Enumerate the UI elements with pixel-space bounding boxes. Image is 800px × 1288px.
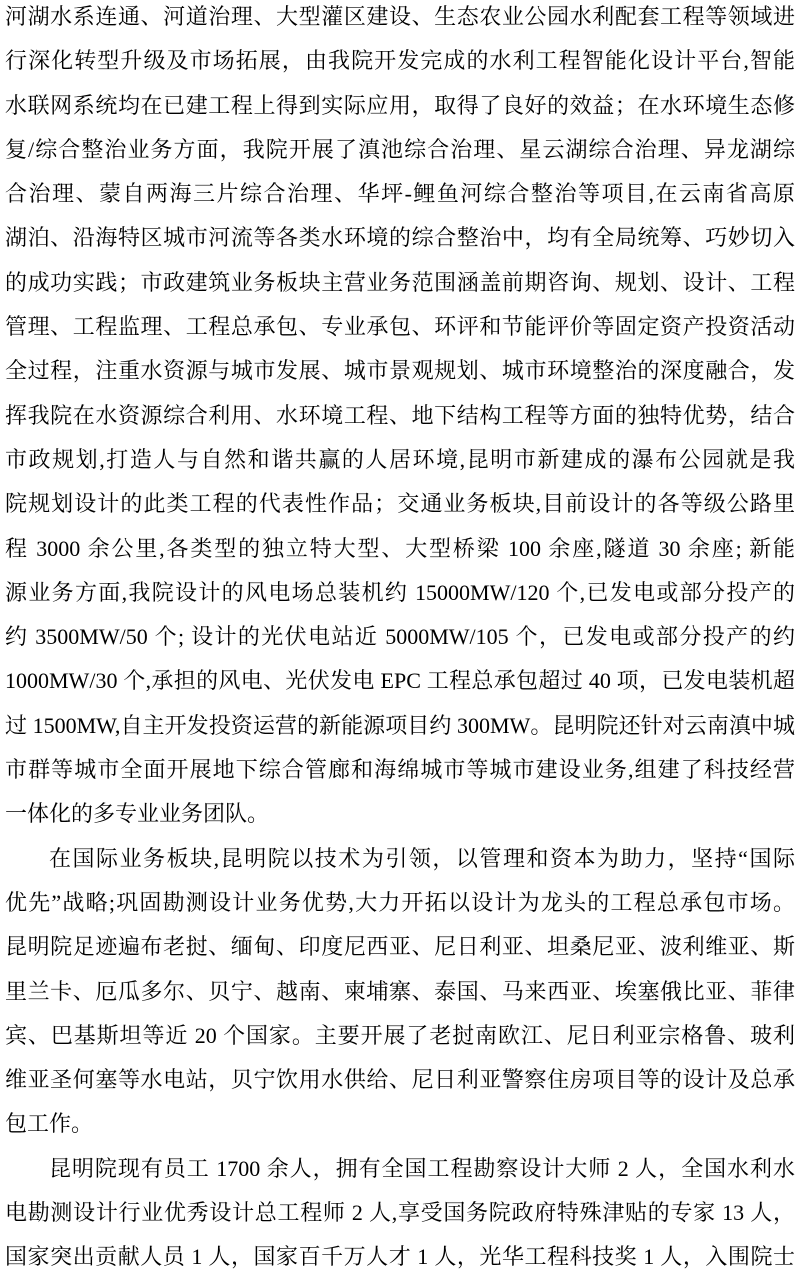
text-line: 过 1500MW,自主开发投资运营的新能源项目约 300MW。昆明院还针对云南滇… bbox=[5, 704, 795, 748]
text-line: 昆明院足迹遍布老挝、缅甸、印度尼西亚、尼日利亚、坦桑尼亚、波利维亚、斯 bbox=[5, 925, 795, 969]
text-line: 湖泊、沿海特区城市河流等各类水环境的综合整治中，均有全局统筹、巧妙切入 bbox=[5, 216, 795, 260]
text-line: 里兰卡、厄瓜多尔、贝宁、越南、柬埔寨、泰国、马来西亚、埃塞俄比亚、菲律 bbox=[5, 970, 795, 1014]
text-line: 挥我院在水资源综合利用、水环境工程、地下结构工程等方面的独特优势，结合 bbox=[5, 394, 795, 438]
text-line: 电勘测设计行业优秀设计总工程师 2 人,享受国务院政府特殊津贴的专家 13 人， bbox=[5, 1191, 795, 1235]
document-text: 河湖水系连通、河道治理、大型灌区建设、生态农业公园水利配套工程等领域进行深化转型… bbox=[5, 0, 795, 1280]
text-line: 河湖水系连通、河道治理、大型灌区建设、生态农业公园水利配套工程等领域进 bbox=[5, 0, 795, 39]
text-line: 1000MW/30 个,承担的风电、光伏发电 EPC 工程总承包超过 40 项，… bbox=[5, 659, 795, 703]
text-line: 合治理、蒙自两海三片综合治理、华坪-鲤鱼河综合整治等项目,在云南省高原 bbox=[5, 172, 795, 216]
text-line: 水联网系统均在已建工程上得到实际应用，取得了良好的效益；在水环境生态修 bbox=[5, 84, 795, 128]
text-line: 宾、巴基斯坦等近 20 个国家。主要开展了老挝南欧江、尼日利亚宗格鲁、玻利 bbox=[5, 1014, 795, 1058]
text-line: 的成功实践；市政建筑业务板块主营业务范围涵盖前期咨询、规划、设计、工程 bbox=[5, 261, 795, 305]
text-line: 复/综合整治业务方面，我院开展了滇池综合治理、星云湖综合治理、异龙湖综 bbox=[5, 128, 795, 172]
text-line: 行深化转型升级及市场拓展，由我院开发完成的水利工程智能化设计平台,智能 bbox=[5, 39, 795, 83]
text-line: 国家突出贡献人员 1 人，国家百千万人才 1 人，光华工程科技奖 1 人，入围院… bbox=[5, 1235, 795, 1279]
text-line: 约 3500MW/50 个; 设计的光伏电站近 5000MW/105 个，已发电… bbox=[5, 615, 795, 659]
text-line: 维亚圣何塞等水电站，贝宁饮用水供给、尼日利亚警察住房项目等的设计及总承 bbox=[5, 1058, 795, 1102]
text-line: 程 3000 余公里,各类型的独立特大型、大型桥梁 100 余座,隧道 30 余… bbox=[5, 527, 795, 571]
text-line: 包工作。 bbox=[5, 1102, 795, 1146]
document-page: 河湖水系连通、河道治理、大型灌区建设、生态农业公园水利配套工程等领域进行深化转型… bbox=[0, 0, 800, 1288]
text-line: 院规划设计的此类工程的代表性作品；交通业务板块,目前设计的各等级公路里 bbox=[5, 482, 795, 526]
text-line: 一体化的多专业业务团队。 bbox=[5, 792, 795, 836]
text-line: 全过程，注重水资源与城市发展、城市景观规划、城市环境整治的深度融合，发 bbox=[5, 349, 795, 393]
text-line: 市政规划,打造人与自然和谐共赢的人居环境,昆明市新建成的瀑布公园就是我 bbox=[5, 438, 795, 482]
text-line: 优先”战略;巩固勘测设计业务优势,大力开拓以设计为龙头的工程总承包市场。 bbox=[5, 881, 795, 925]
text-line: 源业务方面,我院设计的风电场总装机约 15000MW/120 个,已发电或部分投… bbox=[5, 571, 795, 615]
text-line: 昆明院现有员工 1700 余人，拥有全国工程勘察设计大师 2 人，全国水利水 bbox=[5, 1147, 795, 1191]
text-line: 在国际业务板块,昆明院以技术为引领，以管理和资本为助力，坚持“国际 bbox=[5, 837, 795, 881]
text-line: 管理、工程监理、工程总承包、专业承包、环评和节能评价等固定资产投资活动 bbox=[5, 305, 795, 349]
text-line: 市群等城市全面开展地下综合管廊和海绵城市等城市建设业务,组建了科技经营 bbox=[5, 748, 795, 792]
